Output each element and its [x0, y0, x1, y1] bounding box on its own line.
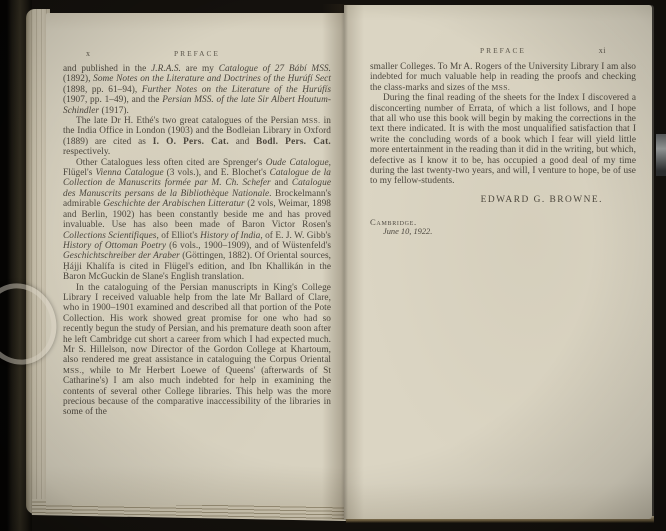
gutter-shadow [322, 4, 364, 520]
text-segment: and [229, 137, 256, 147]
right-page: PREFACE xi smaller Colleges. To Mr A. Ro… [344, 5, 652, 519]
text-segment: The late Dr H. Ethé's two great catalogu… [76, 116, 302, 126]
background-object [656, 134, 666, 176]
text-segment: (1907, pp. 1–49), and the [63, 95, 162, 105]
text-segment: Oude Catalogue [266, 158, 329, 168]
left-page-body: and published in the J.R.A.S. are my Cat… [63, 64, 331, 418]
paragraph: In the cataloguing of the Persian manusc… [63, 283, 331, 418]
text-segment: respectively. [63, 147, 110, 157]
text-segment: Bodl. Pers. Cat. [256, 137, 331, 147]
text-segment: , while to Mr Herbert Loewe of Queens' (… [63, 366, 331, 418]
text-segment: Some Notes on the Literature and Doctrin… [93, 74, 331, 84]
text-segment: Other Catalogues less often cited are Sp… [76, 158, 266, 168]
text-segment: Catalogue of 27 Bábí MSS. [219, 64, 331, 74]
paragraph: and published in the J.R.A.S. are my Cat… [63, 64, 331, 116]
text-segment: MSS. [491, 83, 510, 92]
text-segment: MSS. [63, 366, 82, 375]
text-segment: J.R.A.S. [151, 64, 181, 74]
text-segment: I. O. Pers. Cat. [153, 137, 229, 147]
left-page: x PREFACE and published in the J.R.A.S. … [46, 13, 344, 505]
left-running-title: PREFACE [174, 49, 220, 58]
text-segment: (1898, pp. 61–94), [63, 85, 142, 95]
left-running-head: x PREFACE [63, 49, 331, 58]
colophon: Cambridge. June 10, 1922. [370, 217, 652, 236]
text-segment: , of Elliot's [156, 231, 200, 241]
text-segment: and [271, 178, 292, 188]
text-segment: , of E. J. W. Gibb's [260, 231, 331, 241]
text-segment: (6 vols., 1900–1909), and of Wüstenfeld'… [166, 241, 331, 251]
right-page-body: smaller Colleges. To Mr A. Rogers of the… [370, 62, 636, 187]
left-page-number: x [86, 49, 91, 58]
text-segment: MSS. [302, 116, 321, 125]
paragraph: smaller Colleges. To Mr A. Rogers of the… [370, 62, 636, 93]
paragraph: Other Catalogues less often cited are Sp… [63, 158, 331, 283]
place-line: Cambridge. [370, 217, 652, 227]
author-signature: EDWARD G. BROWNE. [344, 195, 652, 205]
right-page-number: xi [599, 46, 606, 55]
text-segment: (1917). [99, 106, 129, 116]
text-segment: (3 vols.), and E. Blochet's [164, 168, 270, 178]
text-segment: Geschichte der Arabischen Litteratur [103, 199, 244, 209]
text-segment: Geschichtschreiber der Araber [63, 251, 180, 261]
text-segment: Vienna Catalogue [95, 168, 163, 178]
text-segment: History of India [200, 231, 260, 241]
right-running-title: PREFACE [480, 46, 526, 55]
date-line: June 10, 1922. [383, 227, 652, 236]
text-segment: and published in the [63, 64, 151, 74]
text-segment: (1892), [63, 74, 93, 84]
text-segment: In the cataloguing of the Persian manusc… [63, 283, 331, 366]
text-segment: History of Ottoman Poetry [63, 241, 166, 251]
text-segment: Collections Scientifiques [63, 231, 156, 241]
text-segment: Further Notes on the Literature of the Ḥ… [142, 85, 331, 95]
text-segment: During the final reading of the sheets f… [370, 93, 636, 186]
paragraph: The late Dr H. Ethé's two great catalogu… [63, 116, 331, 158]
book-photo: x PREFACE and published in the J.R.A.S. … [0, 0, 666, 531]
paragraph: During the final reading of the sheets f… [370, 93, 636, 187]
right-running-head: PREFACE xi [370, 46, 636, 55]
text-segment: are my [181, 64, 219, 74]
